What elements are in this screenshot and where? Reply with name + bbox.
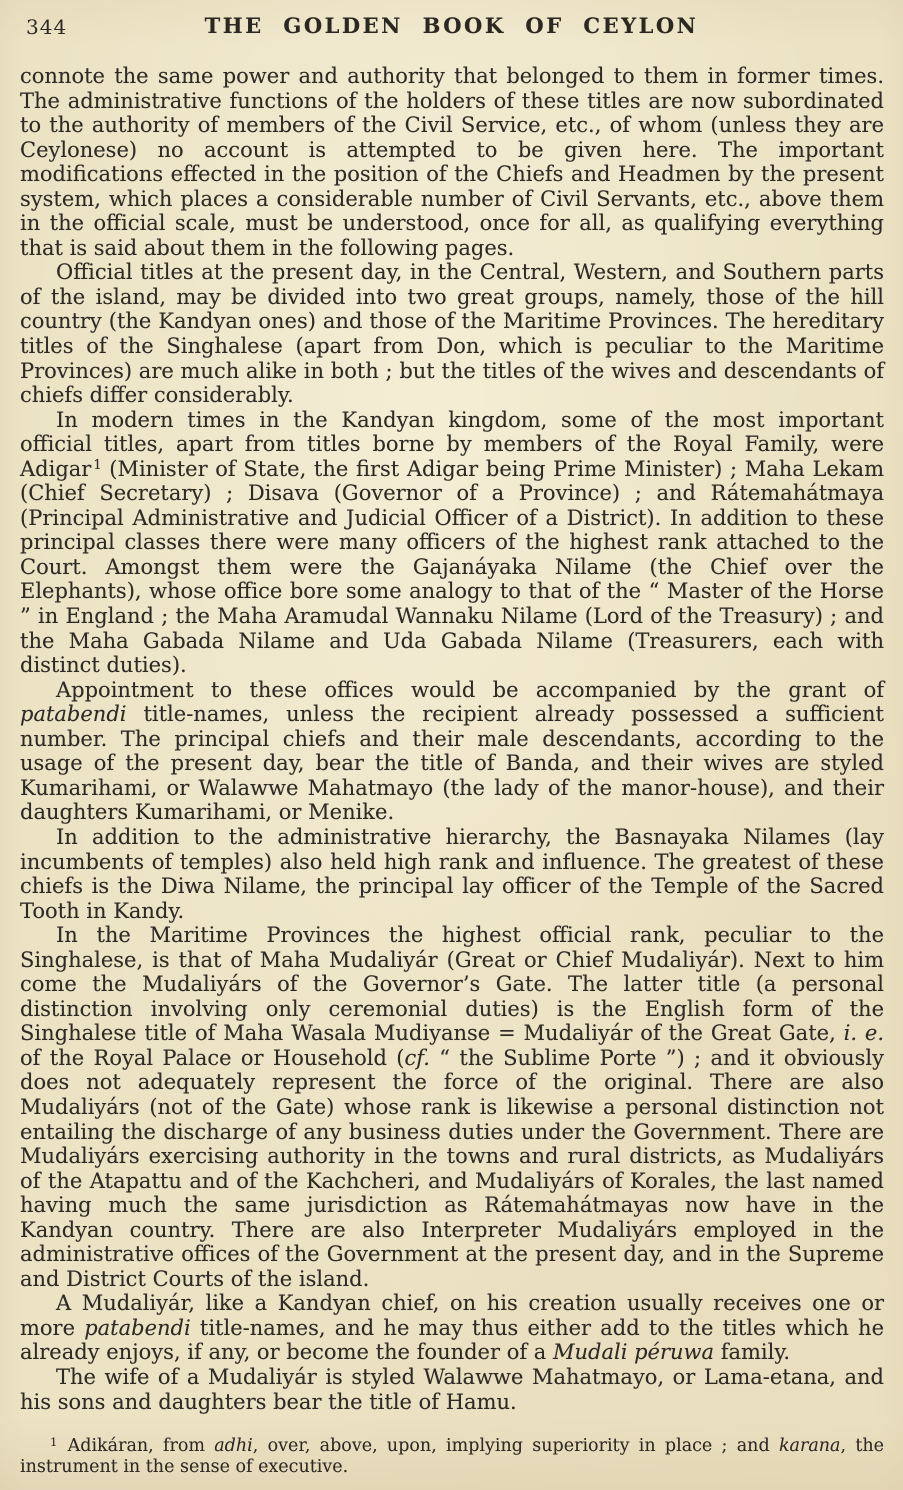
running-title: THE GOLDEN BOOK OF CEYLON xyxy=(205,12,699,38)
paragraph-mudaliyar-wife: The wife of a Mudaliyár is styled Walaww… xyxy=(20,1365,884,1414)
page-body: connote the same power and authority tha… xyxy=(20,64,884,1478)
paragraph-text: “ the Sublime Porte ”) ; and it obviousl… xyxy=(20,1046,884,1291)
footnote-reference-marker: 1 xyxy=(93,458,101,473)
footnote-marker: 1 xyxy=(50,1435,57,1449)
paragraph-basnayaka: In addition to the administrative hierar… xyxy=(20,825,884,923)
footnote-text: , over, above, upon, implying superiorit… xyxy=(253,1436,779,1456)
italic-term: cf. xyxy=(404,1046,429,1070)
italic-term: karana xyxy=(779,1436,841,1456)
paragraph-text: In the Maritime Provinces the highest of… xyxy=(20,923,884,1045)
book-page: 344 THE GOLDEN BOOK OF CEYLON connote th… xyxy=(0,0,903,1490)
paragraph-text: Official titles at the present day, in t… xyxy=(20,260,884,407)
paragraph-text: family. xyxy=(714,1340,790,1364)
paragraph-text: Appointment to these offices would be ac… xyxy=(56,678,884,702)
italic-term: i. e. xyxy=(844,1021,884,1045)
italic-term: adhi xyxy=(214,1436,253,1456)
paragraph-text: connote the same power and authority tha… xyxy=(20,64,884,260)
italic-term: patabendi xyxy=(84,1316,190,1340)
italic-term: patabendi xyxy=(20,702,126,726)
page-number: 344 xyxy=(26,15,67,39)
paragraph-kandyan-titles: In modern times in the Kandyan kingdom, … xyxy=(20,408,884,678)
paragraph-official-titles: Official titles at the present day, in t… xyxy=(20,260,884,407)
paragraph-text: title-names, unless the recipient alread… xyxy=(20,702,884,824)
footnote-text: Adikáran, from xyxy=(58,1436,214,1456)
italic-term: Mudali péruwa xyxy=(553,1340,714,1364)
paragraph-maritime-provinces: In the Maritime Provinces the highest of… xyxy=(20,923,884,1291)
paragraph-text: The wife of a Mudaliyár is styled Walaww… xyxy=(20,1365,884,1414)
footnote: 1 Adikáran, from adhi, over, above, upon… xyxy=(20,1436,884,1478)
paragraph-patabendi: Appointment to these offices would be ac… xyxy=(20,678,884,825)
running-head: 344 THE GOLDEN BOOK OF CEYLON xyxy=(24,12,879,44)
paragraph-text: of the Royal Palace or Household ( xyxy=(20,1046,404,1070)
paragraph-text: In addition to the administrative hierar… xyxy=(20,825,884,923)
paragraph-text: (Minister of State, the first Adigar bei… xyxy=(20,457,884,677)
paragraph-connote: connote the same power and authority tha… xyxy=(20,64,884,260)
paragraph-mudaliyar-creation: A Mudaliyár, like a Kandyan chief, on hi… xyxy=(20,1291,884,1365)
